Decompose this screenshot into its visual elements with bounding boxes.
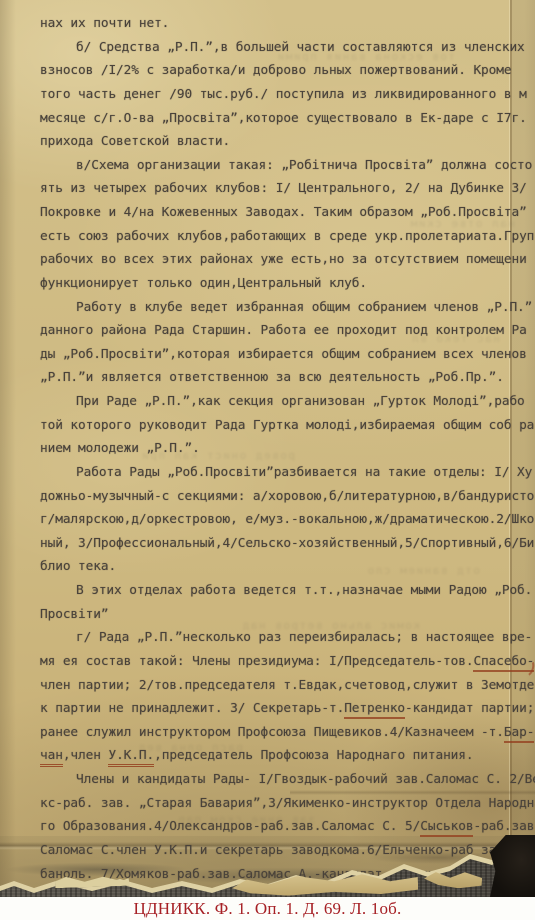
typewritten-text: нах их почти нет.б/ Средства „Р.П.”,в бо…	[40, 12, 535, 886]
text-line: Работа Рады „Роб.Просвіти”разбивается на…	[40, 461, 535, 485]
text-segment: дожньо-музычный-с секциями: а/хоровою,б/…	[40, 489, 535, 504]
text-line: функционирует только один,Центральный кл…	[40, 272, 535, 296]
caption-strip: ЦДНИКК. Ф. 1. Оп. 1. Д. 69. Л. 1об.	[0, 897, 535, 920]
text-segment: того часть денег /90 тыс.руб./ поступила…	[40, 87, 527, 102]
text-segment: в/Схема организации такая: „Робітнича Пр…	[76, 158, 532, 173]
text-segment: б/ Средства „Р.П.”,в большей части соста…	[76, 40, 525, 55]
text-segment: ный, 3/Профессиональный,4/Сельско-хозяйс…	[40, 536, 534, 551]
text-segment: взносов /I/2% с заработка/и доброво льны…	[40, 63, 511, 78]
text-segment: Работу в клубе ведет избранная общим соб…	[76, 300, 532, 315]
text-segment: ять из четырех рабочих клубов: I/ Центра…	[40, 181, 527, 196]
text-segment: член партии; 2/тов.председателя т.Евдак,…	[40, 678, 534, 693]
text-segment: функционирует только один,Центральный кл…	[40, 276, 367, 291]
text-segment: Члены и кандидаты Рады- I/Гвоздык-рабочи…	[76, 772, 535, 787]
text-line: в/Схема организации такая: „Робітнича Пр…	[40, 154, 535, 178]
text-line: В этих отделах работа ведется т.т.,назна…	[40, 579, 535, 603]
text-segment: ранее служил инструктором Профсоюза Пище…	[40, 725, 504, 740]
underlined-text: Бар-	[504, 725, 534, 743]
text-line: г/малярскою,д/оркестровою, е/муз.-вокаль…	[40, 508, 535, 532]
text-line: Просвіти”	[40, 603, 535, 627]
text-line: той которого руководит Рада Гуртка молод…	[40, 414, 535, 438]
text-segment: Покровке и 4/на Кожевенных Заводах. Таки…	[40, 205, 527, 220]
text-line: есть союз рабочих клубов,работающих в ср…	[40, 225, 535, 249]
text-segment: При Раде „Р.П.”,как секция организован „…	[76, 394, 525, 409]
text-line: нием молодежи „Р.П.”.	[40, 437, 535, 461]
text-segment: -раб.зав.	[473, 819, 535, 834]
text-line: данного района Рада Старшин. Работа ее п…	[40, 319, 535, 343]
underlined-text: Петренко	[344, 701, 405, 719]
scanned-archive-page: тов ескона вания прими нал отве ским ров…	[0, 0, 535, 920]
text-segment: данного района Рада Старшин. Работа ее п…	[40, 323, 527, 338]
text-line: нах их почти нет.	[40, 12, 535, 36]
text-line: блио тека.	[40, 555, 535, 579]
text-line: прихода Советской власти.	[40, 130, 535, 154]
text-segment: к партии не принадлежит. 3/ Секретарь-т.	[40, 701, 344, 716]
text-line: го Образования.4/Олександров-раб.зав.Сал…	[40, 815, 535, 839]
text-segment: Саломас С.член У.К.П.и секретарь заводко…	[40, 843, 511, 858]
text-segment: Работа Рады „Роб.Просвіти”разбивается на…	[76, 465, 532, 480]
underlined-text: Сыськов	[420, 819, 473, 837]
archive-reference-caption: ЦДНИКК. Ф. 1. Оп. 1. Д. 69. Л. 1об.	[134, 899, 402, 919]
text-segment: -кандидат партии;	[405, 701, 534, 716]
text-line: При Раде „Р.П.”,как секция организован „…	[40, 390, 535, 414]
text-line: Члены и кандидаты Рады- I/Гвоздык-рабочи…	[40, 768, 535, 792]
text-line: месяце с/г.О-ва „Просвіта”,которое сущес…	[40, 107, 535, 131]
text-line: ды „Роб.Просвіти”,которая избирается общ…	[40, 343, 535, 367]
text-line: к партии не принадлежит. 3/ Секретарь-т.…	[40, 697, 535, 721]
text-segment: той которого руководит Рада Гуртка молод…	[40, 418, 534, 433]
underlined-text: У.К.П.	[108, 748, 154, 767]
text-line: того часть денег /90 тыс.руб./ поступила…	[40, 83, 535, 107]
text-segment: г/малярскою,д/оркестровою, е/муз.-вокаль…	[40, 512, 534, 527]
left-edge-shadow	[0, 0, 16, 892]
text-line: ный, 3/Профессиональный,4/Сельско-хозяйс…	[40, 532, 535, 556]
text-segment: го Образования.4/Олександров-раб.зав.Сал…	[40, 819, 420, 834]
document-paper: тов ескона вания прими нал отве ским ров…	[0, 0, 535, 892]
text-segment: нием молодежи „Р.П.”.	[40, 441, 200, 456]
text-line: г/ Рада „Р.П.”несколько раз переизбирала…	[40, 626, 535, 650]
text-line: Покровке и 4/на Кожевенных Заводах. Таки…	[40, 201, 535, 225]
text-line: мя ея состав такой: Члены президиума: I/…	[40, 650, 535, 674]
text-segment: ,член	[63, 748, 109, 763]
text-line: ранее служил инструктором Профсоюза Пище…	[40, 721, 535, 745]
text-line: дожньо-музычный-с секциями: а/хоровою,б/…	[40, 485, 535, 509]
text-segment: блио тека.	[40, 559, 116, 574]
text-segment: Просвіти”	[40, 607, 108, 622]
text-segment: рабочих во всех этих районах уже есть,но…	[40, 252, 527, 267]
text-segment: нах их почти нет.	[40, 16, 169, 31]
text-line: „Р.П.”и является ответственною за всю де…	[40, 366, 535, 390]
text-segment: прихода Советской власти.	[40, 134, 230, 149]
text-segment: месяце с/г.О-ва „Просвіта”,которое сущес…	[40, 111, 527, 126]
text-segment: В этих отделах работа ведется т.т.,назна…	[76, 583, 532, 598]
text-segment: г/ Рада „Р.П.”несколько раз переизбирала…	[76, 630, 532, 645]
text-line: чан,член У.К.П.,председатель Профсоюза Н…	[40, 744, 535, 768]
text-segment: есть союз рабочих клубов,работающих в ср…	[40, 229, 534, 244]
text-segment: „Р.П.”и является ответственною за всю де…	[40, 370, 504, 385]
text-line: Саломас С.член У.К.П.и секретарь заводко…	[40, 839, 535, 863]
text-line: кс-раб. зав. „Старая Бавария”,3/Якименко…	[40, 792, 535, 816]
text-line: член партии; 2/тов.председателя т.Евдак,…	[40, 674, 535, 698]
text-line: рабочих во всех этих районах уже есть,но…	[40, 248, 535, 272]
text-segment: ,председатель Профсоюза Народнаго питани…	[154, 748, 473, 763]
text-segment: ды „Роб.Просвіти”,которая избирается общ…	[40, 347, 527, 362]
text-segment: кс-раб. зав. „Старая Бавария”,3/Якименко…	[40, 796, 535, 811]
underlined-text: чан	[40, 748, 63, 767]
text-segment: мя ея состав такой: Члены президиума: I/…	[40, 654, 473, 669]
text-line: взносов /I/2% с заработка/и доброво льны…	[40, 59, 535, 83]
text-line: б/ Средства „Р.П.”,в большей части соста…	[40, 36, 535, 60]
text-line: ять из четырех рабочих клубов: I/ Центра…	[40, 177, 535, 201]
text-line: Работу в клубе ведет избранная общим соб…	[40, 296, 535, 320]
underlined-text: Спасебо-	[473, 654, 534, 672]
